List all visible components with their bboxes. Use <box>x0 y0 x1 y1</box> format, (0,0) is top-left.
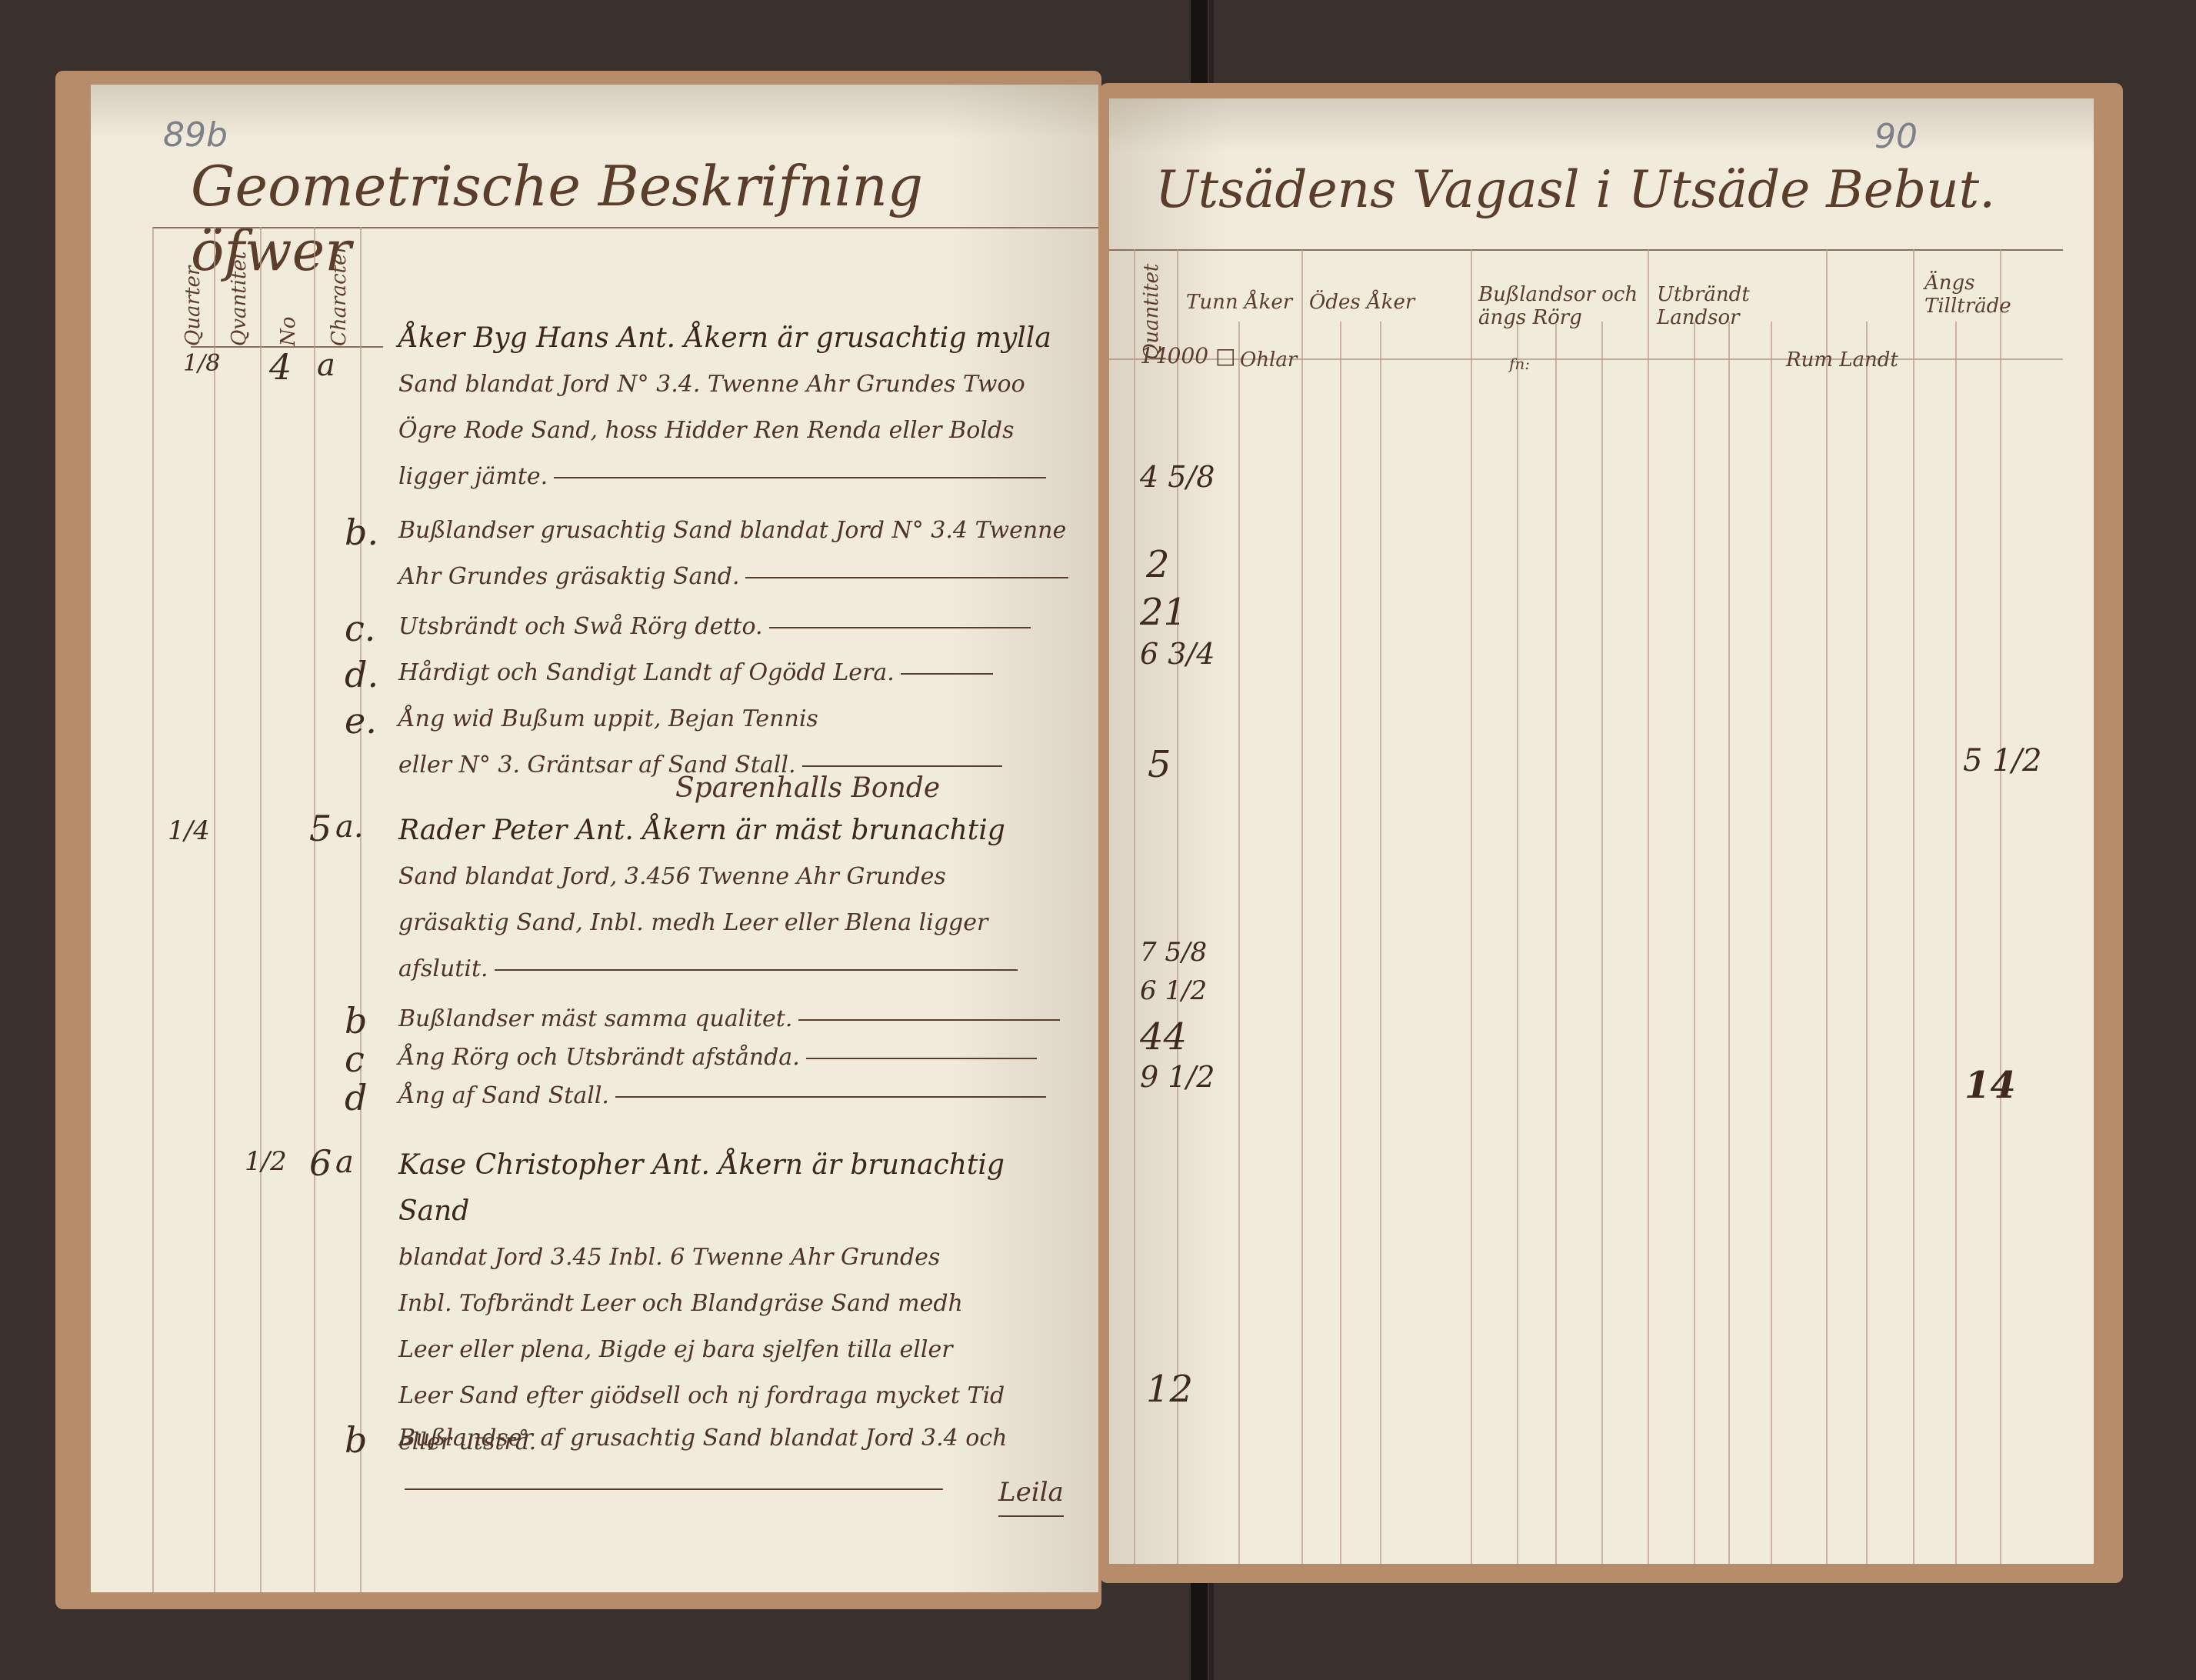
entry-letter: a <box>335 1145 354 1180</box>
entry-line: Åker Byg Hans Ant. Åkern är grusachtig m… <box>398 315 1075 362</box>
value-cell: 6 1/2 <box>1140 975 1207 1006</box>
pencil-folio-number: 89b <box>163 115 228 155</box>
column-rule <box>214 227 215 1592</box>
entry-text-5a: Rader Peter Ant. Åkern är mäst brunachti… <box>398 808 1075 992</box>
column-header-no: No <box>277 238 300 346</box>
value-cell: 6 3/4 <box>1140 637 1215 671</box>
entry-letter: b <box>345 1419 367 1461</box>
column-rule <box>1340 322 1341 1564</box>
column-rule <box>1555 322 1557 1564</box>
column-rule <box>1601 322 1603 1564</box>
value-cell: 5 1/2 <box>1963 743 2042 778</box>
column-rule <box>1866 322 1868 1564</box>
entry-line: afslutit. <box>398 946 1075 992</box>
column-rule <box>1771 322 1772 1564</box>
column-rule <box>1177 249 1178 1564</box>
header-rule <box>152 227 1098 228</box>
column-rule <box>1238 322 1240 1564</box>
entry-line: Leer Sand efter giödsell och nj fordraga… <box>398 1373 1075 1419</box>
column-rule <box>1694 322 1695 1564</box>
entry-letter: c <box>345 1038 365 1080</box>
column-header-busslandsor: Bußlandsor och ängs Rörg <box>1478 283 1640 329</box>
value-cell: 5 <box>1148 743 1171 786</box>
column-rule <box>1517 322 1518 1564</box>
value-cell: 2 <box>1146 543 1170 586</box>
column-rule <box>1380 322 1381 1564</box>
entry-line: Ång wid Bußum uppit, Bejan Tennis <box>398 696 1075 742</box>
column-rule <box>1471 249 1472 1564</box>
entry-letter: d. <box>345 654 378 695</box>
column-header-tunn-aker: Tunn Åker <box>1186 291 1301 314</box>
entry-letter: b. <box>345 512 378 553</box>
column-rule <box>260 227 262 1592</box>
value-cell: 21 <box>1140 591 1187 634</box>
entry-fraction: 1/8 <box>183 350 220 377</box>
column-header-utbrandt: Utbrändt Landsor <box>1657 283 1818 329</box>
right-page: 90 Utsädens Vagasl i Utsäde Bebut. Quant… <box>1109 98 2094 1564</box>
entry-letter: c. <box>345 608 375 649</box>
entry-text-4b: Bußlandser grusachtig Sand blandat Jord … <box>398 508 1075 600</box>
column-rule <box>1648 249 1649 1564</box>
entry-line: gräsaktig Sand, Inbl. medh Leer eller Bl… <box>398 900 1075 946</box>
value-cell: 9 1/2 <box>1140 1060 1215 1094</box>
entry-line: Utsbrändt och Swå Rörg detto. <box>398 604 1075 650</box>
value-cell: 12 <box>1146 1368 1193 1411</box>
column-rule <box>1728 322 1730 1564</box>
farm-heading: Sparenhalls Bonde <box>675 765 940 812</box>
column-rule <box>1913 249 1914 1564</box>
entry-line: Leer eller plena, Bigde ej bara sjelfen … <box>398 1327 1075 1373</box>
entry-number: 4 <box>269 346 292 388</box>
entry-line: Bußlandser af grusachtig Sand blandat Jo… <box>398 1415 1075 1462</box>
unit-label: Ohlar <box>1240 348 1297 372</box>
column-rule <box>1826 249 1828 1564</box>
left-page: 89b Geometrische Beskrifning öfwer Quart… <box>91 85 1098 1592</box>
header-rule <box>1109 249 2063 251</box>
column-rule <box>1134 249 1135 1564</box>
entry-letter: a. <box>335 809 364 845</box>
entry-line: Ögre Rode Sand, hoss Hidder Ren Renda el… <box>398 408 1075 454</box>
column-rule <box>314 227 315 1592</box>
entry-line: Ång af Sand Stall. <box>398 1073 1075 1119</box>
value-cell: 14 <box>1964 1064 2016 1107</box>
column-rule <box>2000 249 2001 1564</box>
busslandsor-unit: fn: <box>1509 352 1530 375</box>
column-rule <box>360 227 362 1592</box>
entry-line: Hårdigt och Sandigt Landt af Ogödd Lera. <box>398 650 1075 696</box>
column-header-odes-aker: Ödes Åker <box>1309 291 1463 314</box>
entry-line: Inbl. Tofbrändt Leer och Blandgräse Sand… <box>398 1281 1075 1327</box>
pencil-folio-number: 90 <box>1874 117 1918 156</box>
column-rule <box>152 227 154 1592</box>
entry-line: Sand blandat Jord N° 3.4. Twenne Ahr Gru… <box>398 362 1075 408</box>
utbrandt-unit: Rum Landt <box>1786 348 1898 372</box>
entry-letter: e. <box>345 700 377 742</box>
column-header-character: Character <box>328 238 351 346</box>
column-rule <box>1301 249 1303 1564</box>
entry-fraction: 1/4 <box>168 815 210 846</box>
entry-text-5d: Ång af Sand Stall. <box>398 1073 1075 1119</box>
column-rule <box>1955 322 1957 1564</box>
entry-number: 5 <box>309 808 332 849</box>
entry-text-4c: Utsbrändt och Swå Rörg detto. <box>398 604 1075 650</box>
entry-letter: a <box>317 348 335 383</box>
catchword: Leila <box>998 1469 1064 1517</box>
value-cell: 7 5/8 <box>1140 937 1207 968</box>
column-header-angs: Ängs Tillträde <box>1924 272 2009 318</box>
entry-letter: d <box>345 1077 367 1118</box>
page-title-right: Utsädens Vagasl i Utsäde Bebut. <box>1155 160 1995 219</box>
entry-number: 6 <box>309 1142 332 1184</box>
entry-fraction: 1/2 <box>245 1146 287 1177</box>
entry-line: Rader Peter Ant. Åkern är mäst brunachti… <box>398 808 1075 854</box>
entry-text-4a: Åker Byg Hans Ant. Åkern är grusachtig m… <box>398 315 1075 500</box>
entry-letter: b <box>345 1000 367 1042</box>
entry-line: blandat Jord 3.45 Inbl. 6 Twenne Ahr Gru… <box>398 1235 1075 1281</box>
entry-line: Sand blandat Jord, 3.456 Twenne Ahr Grun… <box>398 854 1075 900</box>
value-cell: 4 5/8 <box>1140 460 1215 494</box>
entry-line: Kase Christopher Ant. Åkern är brunachti… <box>398 1142 1075 1235</box>
entry-text-6b: Bußlandser af grusachtig Sand blandat Jo… <box>398 1415 1075 1462</box>
entry-text-4d: Hårdigt och Sandigt Landt af Ogödd Lera. <box>398 650 1075 696</box>
area-value: 14000 □ <box>1140 345 1235 368</box>
entry-line: Ahr Grundes gräsaktig Sand. <box>398 554 1075 600</box>
column-header-qvantitet: Qvantitet <box>228 238 251 346</box>
entry-line: ligger jämte. <box>398 454 1075 500</box>
column-header-quarter: Quarter <box>182 238 205 346</box>
entry-line: Bußlandser grusachtig Sand blandat Jord … <box>398 508 1075 554</box>
page-title-left: Geometrische Beskrifning öfwer <box>191 154 1098 283</box>
value-cell: 44 <box>1140 1015 1187 1058</box>
